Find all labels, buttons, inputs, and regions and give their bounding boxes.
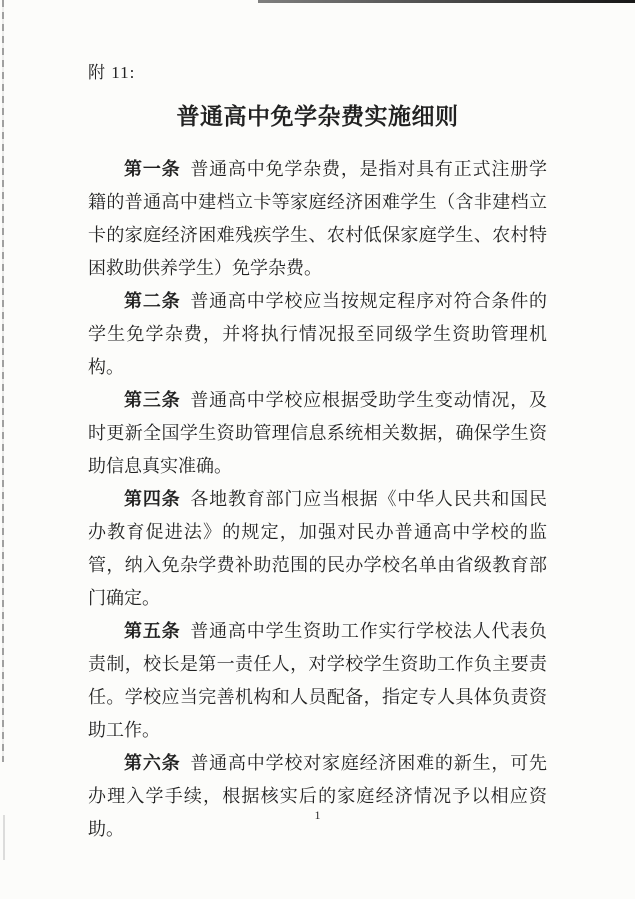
article-paragraph-2: 第二条普通高中学校应当按规定程序对符合条件的学生免学杂费，并将执行情况报至同级学… [88, 285, 547, 384]
article-3-number: 第三条 [124, 390, 180, 410]
article-4-number: 第四条 [124, 489, 180, 509]
article-1-number: 第一条 [124, 159, 180, 179]
article-paragraph-1: 第一条普通高中免学杂费，是指对具有正式注册学籍的普通高中建档立卡等家庭经济困难学… [88, 153, 547, 285]
page-number: 1 [0, 808, 635, 823]
article-2-number: 第二条 [124, 291, 180, 311]
articles-section: 第一条普通高中免学杂费，是指对具有正式注册学籍的普通高中建档立卡等家庭经济困难学… [88, 153, 547, 846]
article-paragraph-3: 第三条普通高中学校应根据受助学生变动情况，及时更新全国学生资助管理信息系统相关数… [88, 384, 547, 483]
article-paragraph-5: 第五条普通高中学生资助工作实行学校法人代表负责制，校长是第一责任人，对学校学生资… [88, 615, 547, 747]
article-5-number: 第五条 [124, 621, 180, 641]
article-6-number: 第六条 [124, 753, 180, 773]
document-page: 附 11: 普通高中免学杂费实施细则 第一条普通高中免学杂费，是指对具有正式注册… [0, 0, 635, 899]
document-content: 附 11: 普通高中免学杂费实施细则 第一条普通高中免学杂费，是指对具有正式注册… [0, 0, 635, 846]
document-title: 普通高中免学杂费实施细则 [88, 101, 547, 133]
article-paragraph-6: 第六条普通高中学校对家庭经济困难的新生，可先办理入学手续，根据核实后的家庭经济情… [88, 747, 547, 846]
article-paragraph-4: 第四条各地教育部门应当根据《中华人民共和国民办教育促进法》的规定，加强对民办普通… [88, 483, 547, 615]
attachment-label: 附 11: [88, 62, 547, 84]
